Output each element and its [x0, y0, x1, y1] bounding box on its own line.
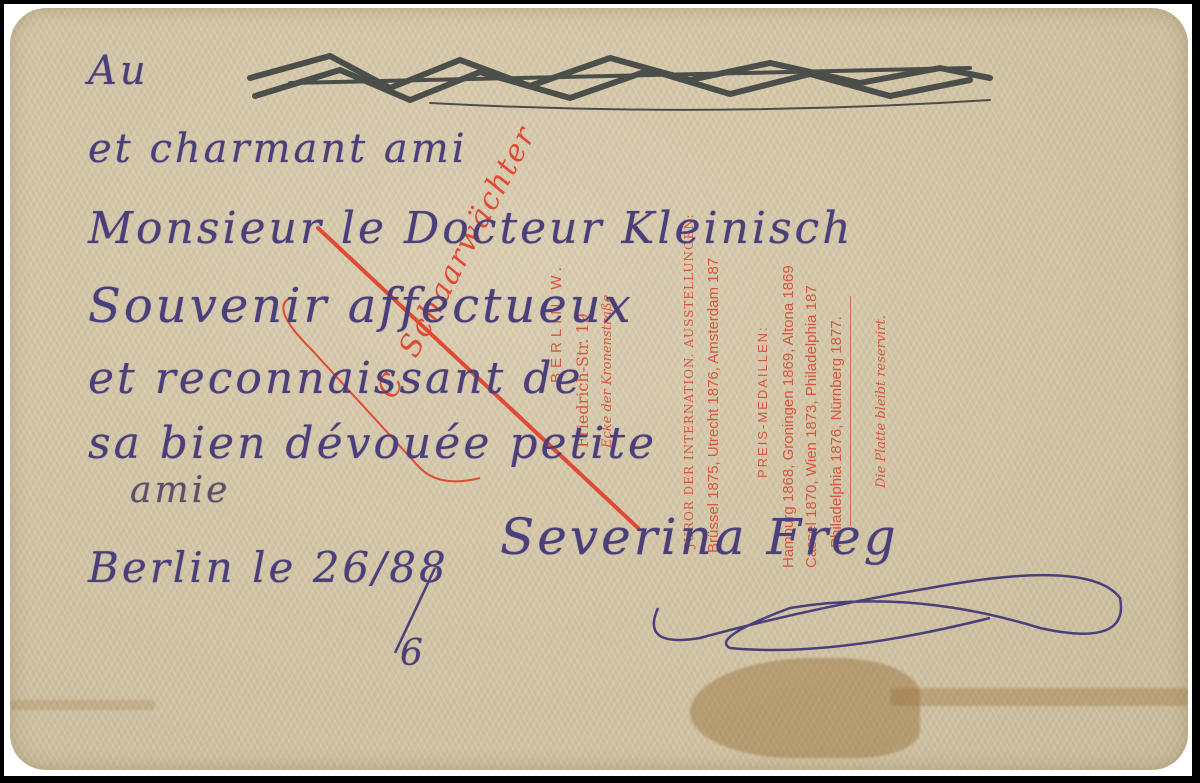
salutation-prefix: Au	[88, 48, 149, 94]
crossed-out-scribble	[250, 56, 990, 110]
signature-flourish	[654, 575, 1121, 650]
cabinet-card: BERLIN W. Friedrich-Str. 19 Ecke der Kro…	[10, 8, 1188, 770]
handwriting-line-3: Monsieur le Docteur Kleinisch	[88, 203, 854, 254]
handwriting-line-2: et charmant ami	[88, 126, 468, 172]
date-line: Berlin le 26/88	[88, 543, 449, 592]
handwriting-line-6: sa bien dévouée petite	[88, 418, 657, 469]
handwriting-line-4: Souvenir affectueux	[88, 278, 634, 334]
handwriting-line-7: amie	[130, 470, 230, 511]
author-signature: Severina Freg	[500, 508, 899, 566]
date-fraction: 6	[400, 633, 426, 674]
handwriting-line-5: et reconnaissant de	[88, 353, 584, 404]
